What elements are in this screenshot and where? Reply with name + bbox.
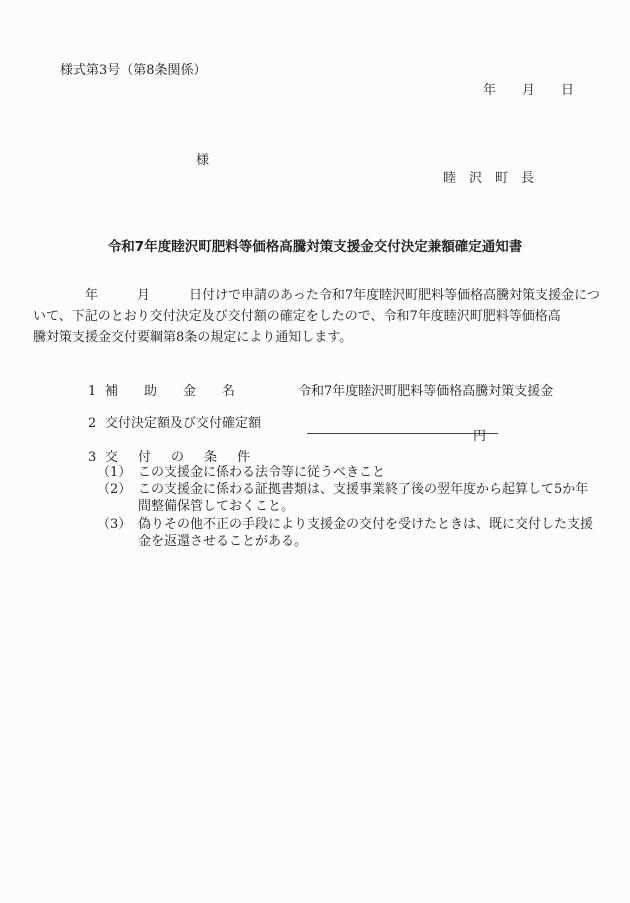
condition-2-marker: （2） [97,483,131,498]
date-line: 年 月 日 [483,84,574,99]
form-number: 様式第3号（第8条関係） [60,64,207,79]
condition-3-text-line1: 偽りその他不正の手段により支援金の交付を受けたときは、既に交付した支援 [138,518,593,533]
item3-label: 交 付 の 条 件 [105,451,254,466]
body-line: 騰対策支援金交付要綱第8条の規定により通知します。 [33,327,608,348]
amount-blank-field: 円 [307,417,498,434]
item1-number: 1 [88,385,96,400]
item2-label: 交付決定額及び交付確定額 [105,417,261,432]
amount-unit: 円 [473,429,486,444]
condition-3-text-line2: 金を返還させることがある。 [138,535,307,550]
condition-1-text: この支援金に係わる法令等に従うべきこと [138,466,385,481]
document-page: 様式第3号（第8条関係） 年 月 日 様 睦 沢 町 長 令和7年度睦沢町肥料等… [0,0,630,903]
condition-2-text-line1: この支援金に係わる証拠書類は、支援事業終了後の翌年度から起算して5か年 [138,483,588,498]
item2-number: 2 [88,417,96,432]
addressee-suffix: 様 [196,154,209,169]
body-line: いて、下記のとおり交付決定及び交付額の確定をしたので、令和7年度睦沢町肥料等価格… [33,306,608,327]
item3-number: 3 [88,451,96,466]
sender-line: 睦 沢 町 長 [443,172,534,187]
document-title: 令和7年度睦沢町肥料等価格高騰対策支援金交付決定兼額確定通知書 [0,241,630,255]
condition-1-marker: （1） [97,466,131,481]
item1-label: 補 助 金 名 [105,385,235,400]
condition-3-marker: （3） [97,518,131,533]
item1-value: 令和7年度睦沢町肥料等価格高騰対策支援金 [298,385,553,400]
body-line: 年 月 日付けで申請のあった令和7年度睦沢町肥料等価格高騰対策支援金につ [33,285,608,306]
body-paragraph: 年 月 日付けで申請のあった令和7年度睦沢町肥料等価格高騰対策支援金につ いて、… [33,285,608,348]
condition-2-text-line2: 間整備保管しておくこと。 [138,500,294,515]
